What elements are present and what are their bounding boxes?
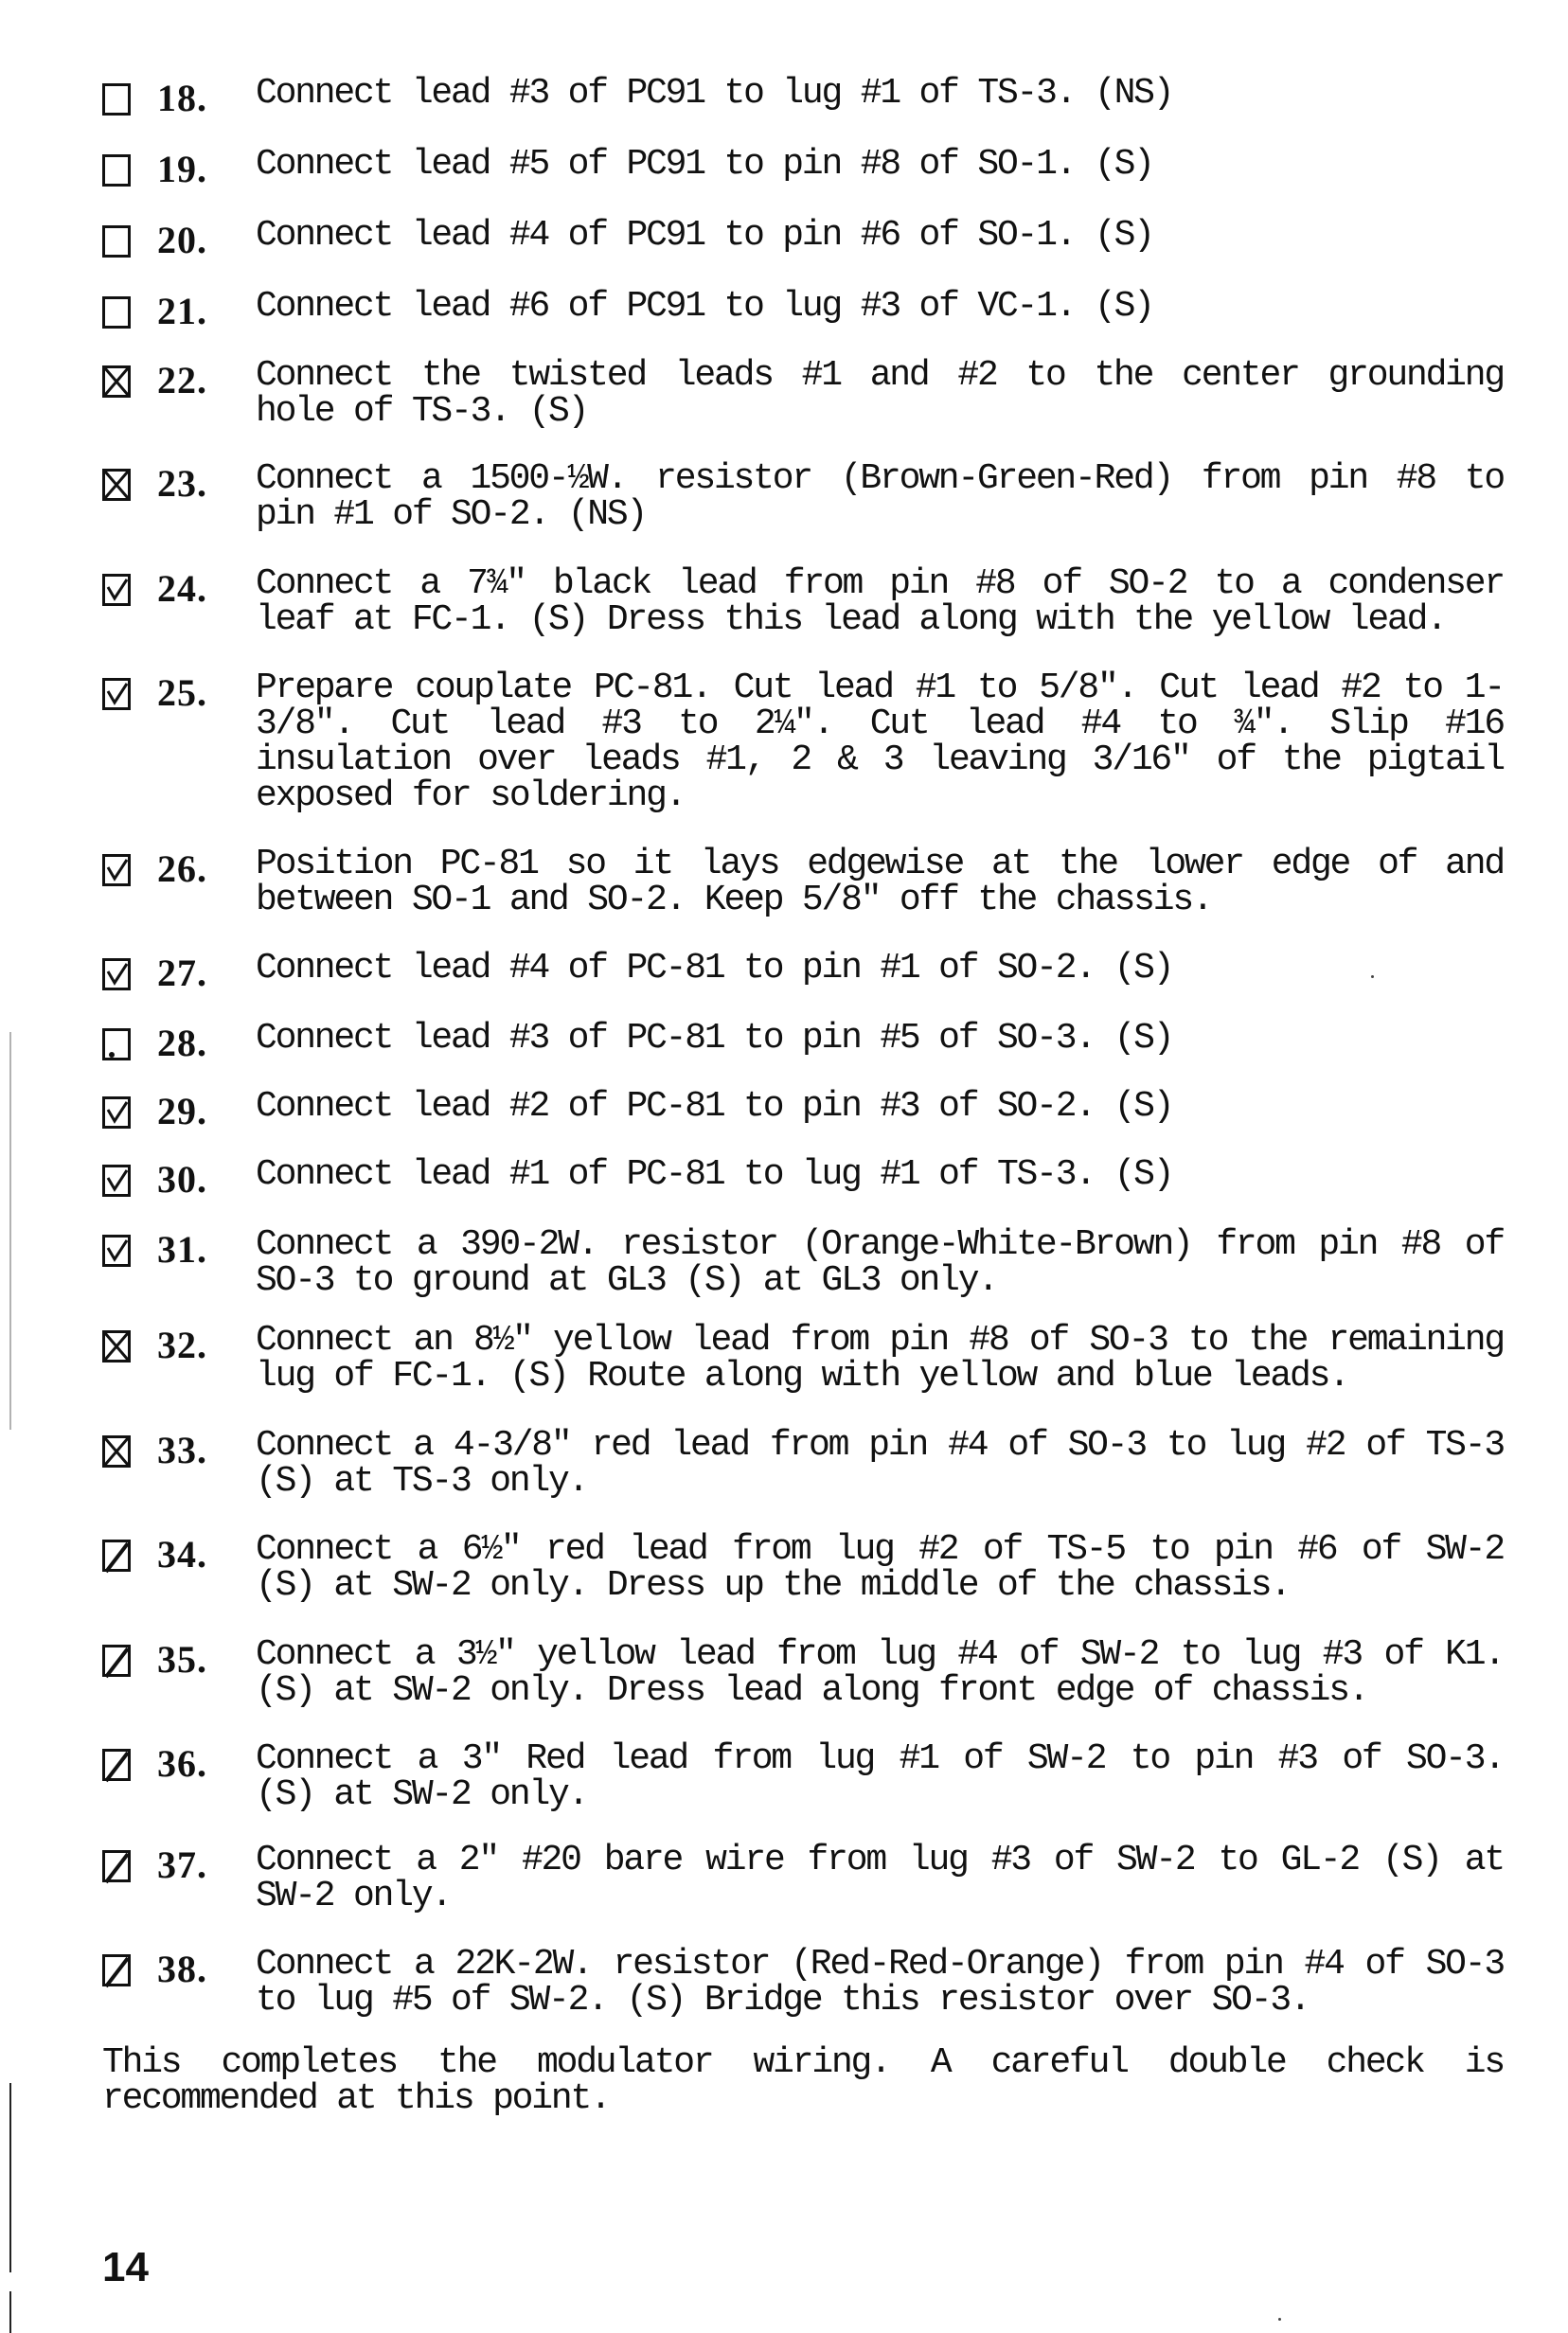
step-instruction: Connect lead #1 of PC-81 to lug #1 of TS… <box>256 1157 1504 1193</box>
step-checkbox-icon[interactable] <box>102 1645 131 1677</box>
step-checkbox-icon[interactable] <box>102 1235 131 1267</box>
step-number: 29. <box>157 1089 207 1133</box>
step-instruction: Connect lead #6 of PC91 to lug #3 of VC-… <box>256 289 1504 325</box>
step-checkbox-icon[interactable] <box>102 469 131 501</box>
step-number: 35. <box>157 1637 207 1682</box>
step-instruction: Connect a 1500-½W. resistor (Brown-Green… <box>256 461 1504 533</box>
step-number: 34. <box>157 1532 207 1576</box>
step-checkbox-icon[interactable] <box>102 1954 131 1986</box>
step-checkbox-icon[interactable] <box>102 365 131 398</box>
step-instruction: Connect a 22K-2W. resistor (Red-Red-Oran… <box>256 1947 1504 2019</box>
step-instruction: Connect lead #2 of PC-81 to pin #3 of SO… <box>256 1089 1504 1125</box>
step-number: 33. <box>157 1428 207 1472</box>
scan-edge-line <box>9 1032 11 1430</box>
step-checkbox-icon[interactable] <box>102 1540 131 1572</box>
step-number: 23. <box>157 461 207 506</box>
scan-edge-line <box>9 2291 11 2333</box>
step-checkbox-icon[interactable] <box>102 1435 131 1468</box>
step-number: 36. <box>157 1741 207 1786</box>
step-checkbox-icon[interactable] <box>102 854 131 886</box>
step-number: 26. <box>157 846 207 891</box>
step-number: 28. <box>157 1021 207 1065</box>
step-instruction: Connect a 2" #20 bare wire from lug #3 o… <box>256 1843 1504 1914</box>
page-number: 14 <box>102 2244 149 2291</box>
step-instruction: Connect the twisted leads #1 and #2 to t… <box>256 358 1504 430</box>
step-instruction: Prepare couplate PC-81. Cut lead #1 to 5… <box>256 670 1504 814</box>
step-instruction: Connect a 6½" red lead from lug #2 of TS… <box>256 1532 1504 1604</box>
step-instruction: Position PC-81 so it lays edgewise at th… <box>256 846 1504 918</box>
scan-edge-line <box>9 2083 11 2272</box>
step-checkbox-icon[interactable] <box>102 1850 131 1882</box>
step-checkbox-icon[interactable] <box>102 574 131 606</box>
step-checkbox-icon[interactable] <box>102 678 131 710</box>
step-checkbox-icon[interactable] <box>102 154 131 187</box>
step-checkbox-icon[interactable] <box>102 1330 131 1362</box>
step-instruction: Connect lead #3 of PC-81 to pin #5 of SO… <box>256 1021 1504 1057</box>
step-checkbox-icon[interactable] <box>102 1749 131 1781</box>
step-number: 25. <box>157 670 207 715</box>
step-checkbox-icon[interactable] <box>102 958 131 990</box>
step-number: 22. <box>157 358 207 402</box>
step-checkbox-icon[interactable] <box>102 83 131 116</box>
step-checkbox-icon[interactable] <box>102 1028 131 1060</box>
step-checkbox-icon[interactable] <box>102 296 131 329</box>
step-checkbox-icon[interactable] <box>102 225 131 258</box>
step-instruction: Connect lead #5 of PC91 to pin #8 of SO-… <box>256 147 1504 183</box>
scan-speck <box>1371 975 1374 978</box>
closing-paragraph: This completes the modulator wiring. A c… <box>102 2045 1504 2117</box>
step-number: 37. <box>157 1843 207 1887</box>
step-instruction: Connect an 8½" yellow lead from pin #8 o… <box>256 1323 1504 1395</box>
step-instruction: Connect a 390-2W. resistor (Orange-White… <box>256 1227 1504 1299</box>
step-instruction: Connect lead #4 of PC91 to pin #6 of SO-… <box>256 218 1504 254</box>
step-number: 24. <box>157 566 207 611</box>
step-instruction: Connect lead #3 of PC91 to lug #1 of TS-… <box>256 76 1504 112</box>
step-number: 38. <box>157 1947 207 1991</box>
step-checkbox-icon[interactable] <box>102 1096 131 1129</box>
step-number: 20. <box>157 218 207 262</box>
step-number: 30. <box>157 1157 207 1202</box>
step-number: 19. <box>157 147 207 191</box>
step-instruction: Connect a 4-3/8" red lead from pin #4 of… <box>256 1428 1504 1500</box>
step-number: 18. <box>157 76 207 120</box>
step-instruction: Connect lead #4 of PC-81 to pin #1 of SO… <box>256 951 1504 987</box>
scan-speck <box>1278 2318 1281 2321</box>
step-number: 27. <box>157 951 207 995</box>
step-instruction: Connect a 3" Red lead from lug #1 of SW-… <box>256 1741 1504 1813</box>
step-number: 32. <box>157 1323 207 1367</box>
step-number: 31. <box>157 1227 207 1272</box>
step-checkbox-icon[interactable] <box>102 1165 131 1197</box>
step-instruction: Connect a 7¾" black lead from pin #8 of … <box>256 566 1504 638</box>
manual-page: 18.Connect lead #3 of PC91 to lug #1 of … <box>0 0 1568 2333</box>
step-number: 21. <box>157 289 207 333</box>
step-instruction: Connect a 3½" yellow lead from lug #4 of… <box>256 1637 1504 1709</box>
